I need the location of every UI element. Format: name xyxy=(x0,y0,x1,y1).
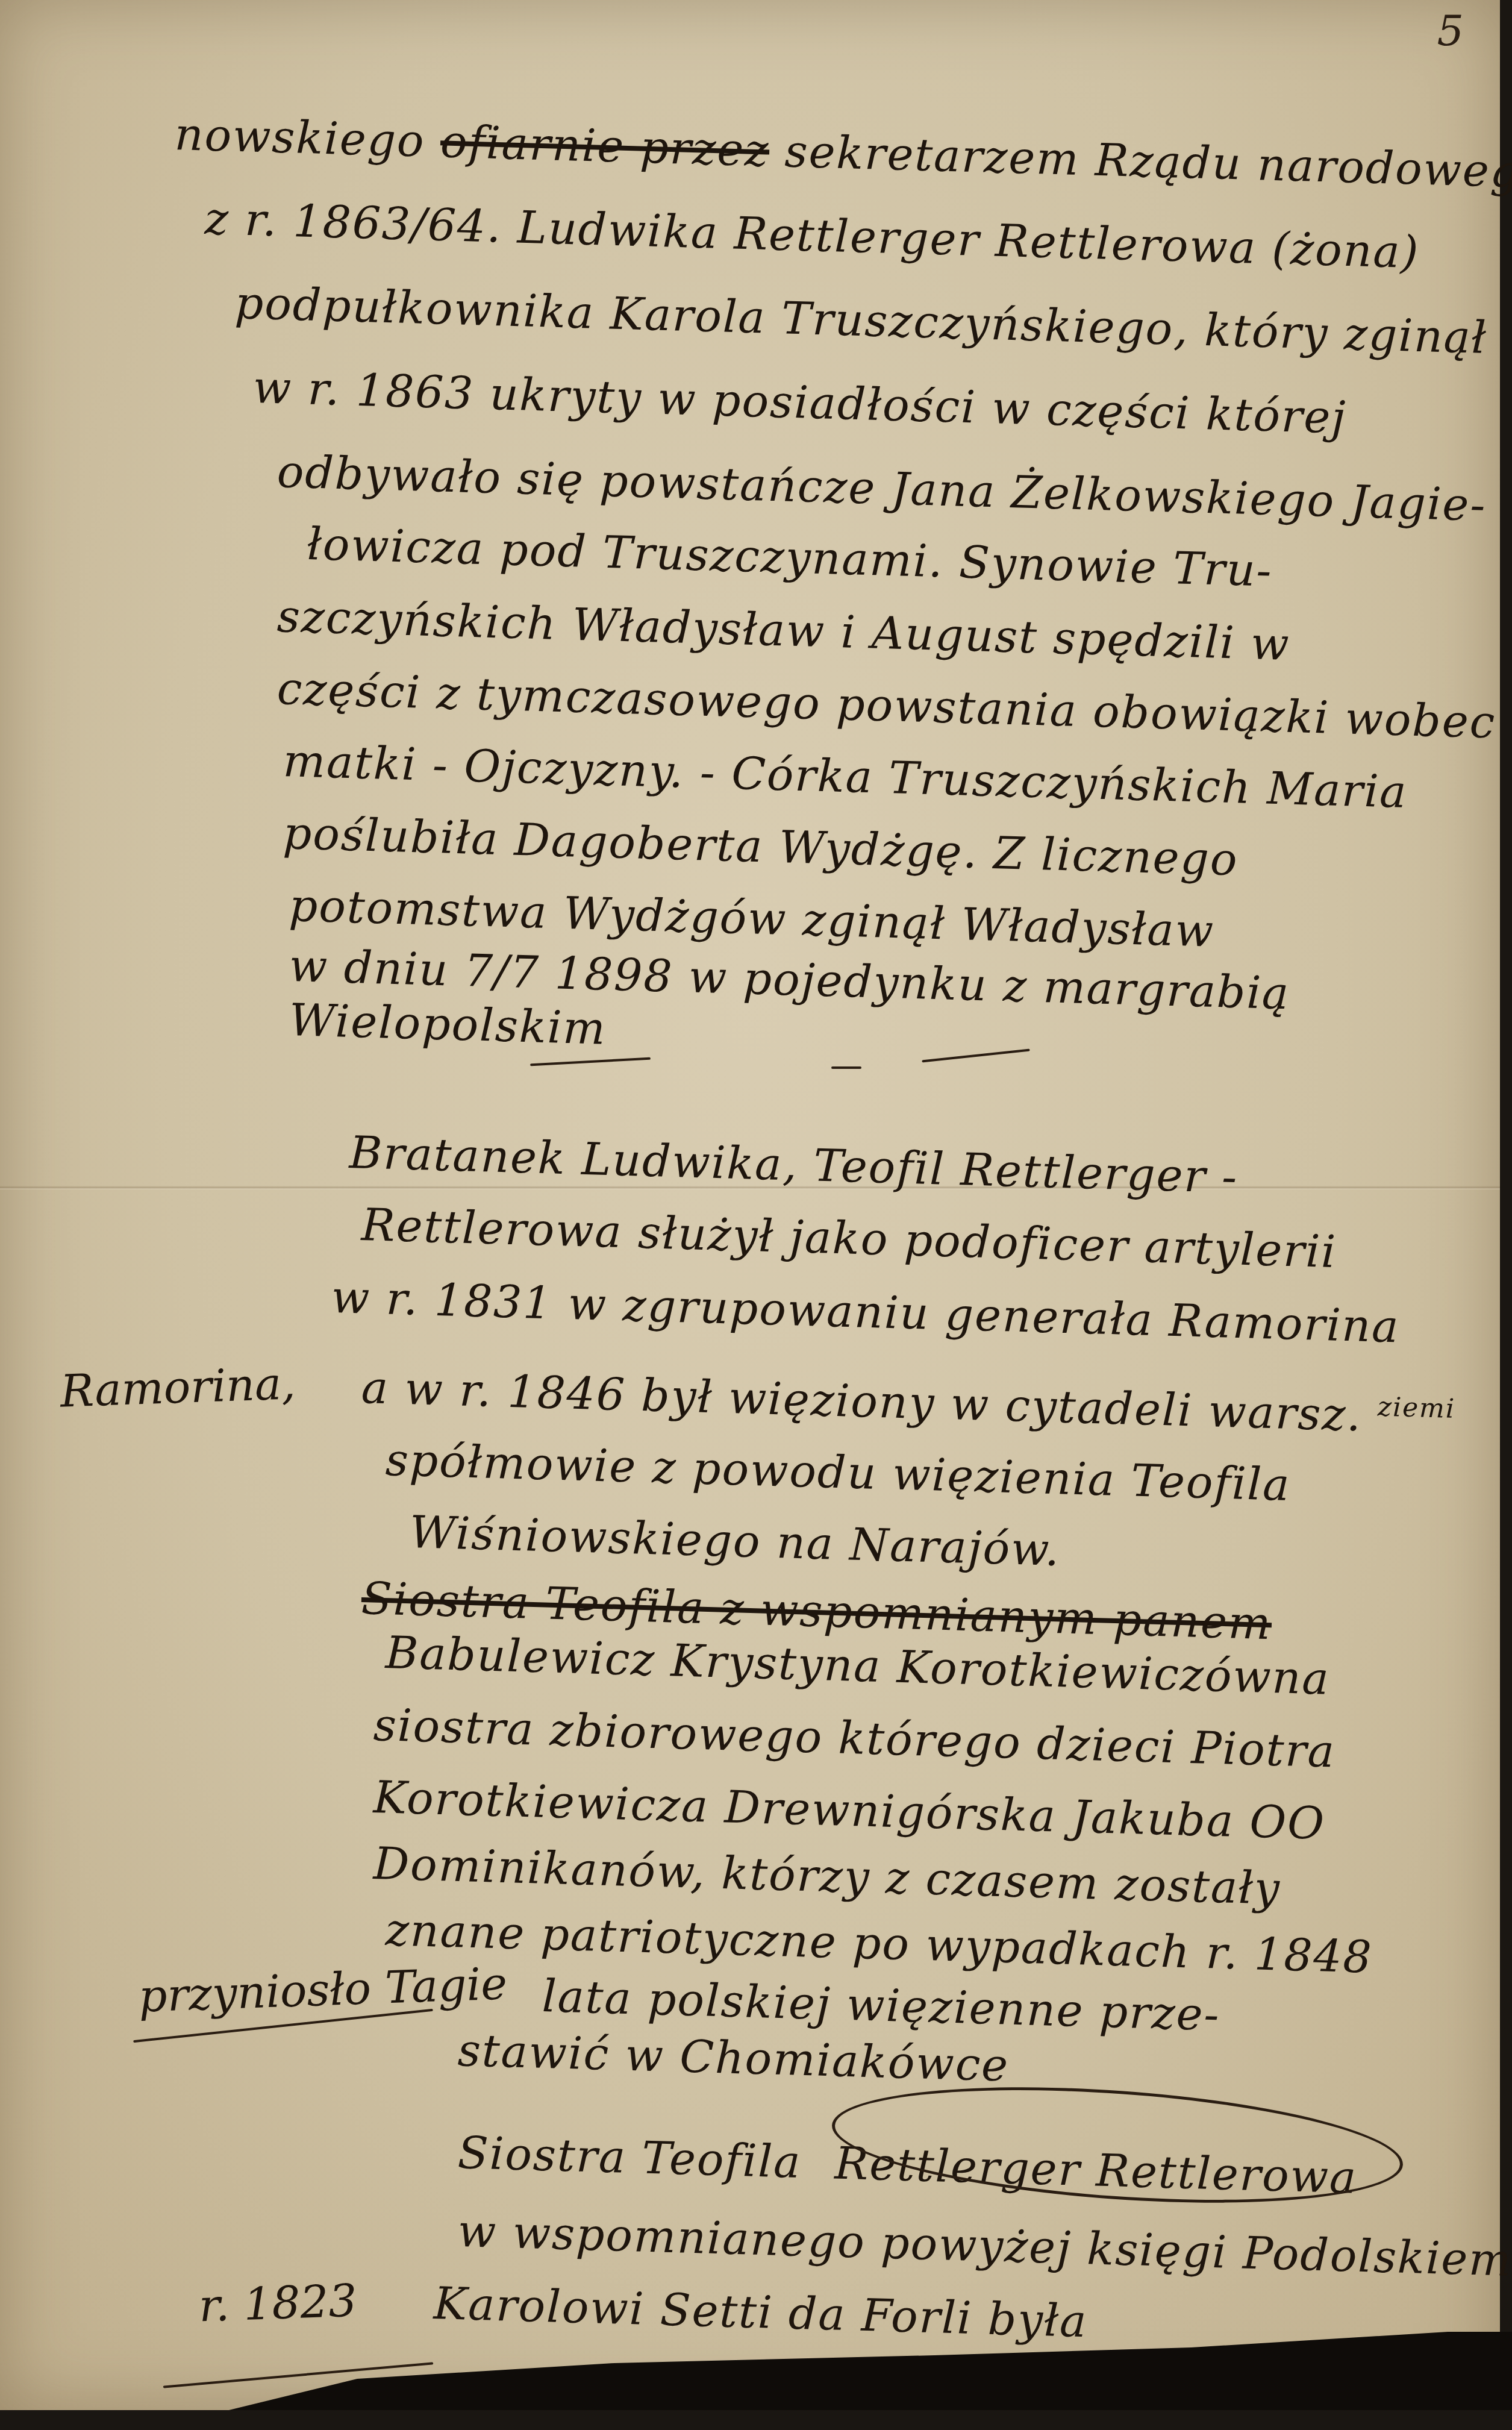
section-divider xyxy=(831,1066,861,1069)
handwritten-line: Rettlerowa służył jako podoficer artyler… xyxy=(361,1199,1337,1278)
handwritten-line: spółmowie z powodu więzienia Teofila xyxy=(385,1434,1292,1511)
handwritten-line: nowskiego ofiarnie przez sekretarzem Rzą… xyxy=(174,108,1512,199)
handwritten-line: Wielopolskim xyxy=(289,994,607,1055)
ink-circle xyxy=(828,2071,1407,2219)
section-divider xyxy=(530,1057,651,1066)
document-page: 5 nowskiego ofiarnie przez sekretarzem R… xyxy=(0,0,1500,2410)
handwritten-line: Karolowi Setti da Forli była xyxy=(433,2278,1089,2347)
handwritten-line: łowicza pod Truszczynami. Synowie Tru- xyxy=(307,518,1273,597)
handwritten-line: Korotkiewicza Drewnigórska Jakuba OO xyxy=(373,1771,1326,1850)
section-divider xyxy=(922,1049,1029,1063)
superscript-insert: ziemi xyxy=(1377,1391,1455,1424)
page-number: 5 xyxy=(1437,6,1464,55)
handwritten-line: a w r. 1846 był więziony w cytadeli wars… xyxy=(361,1362,1456,1444)
handwritten-line: Wiśniowskiego na Narajów. xyxy=(409,1506,1061,1576)
handwritten-line: znane patriotyczne po wypadkach r. 1848 xyxy=(385,1904,1373,1984)
handwritten-line: siostra zbiorowego którego dzieci Piotra xyxy=(373,1699,1336,1778)
handwritten-line: z r. 1863/64. Ludwika Rettlerger Rettler… xyxy=(204,193,1420,278)
handwritten-line: odbywało się powstańcze Jana Żelkowskieg… xyxy=(276,446,1487,531)
handwritten-line: Dominikanów, którzy z czasem zostały xyxy=(373,1838,1281,1915)
handwritten-line: w wspomnianego powyżej księgi Podolskiem… xyxy=(457,2205,1512,2287)
handwritten-line: stawić w Chomiakówce xyxy=(457,2024,1010,2092)
margin-note: Ramorina, xyxy=(60,1357,296,1418)
margin-note: r. 1823 xyxy=(198,2275,358,2332)
handwritten-line: matki - Ojczyzny. - Córka Truszczyńskich… xyxy=(283,735,1408,818)
handwritten-line: poślubiła Dagoberta Wydżgę. Z licznego xyxy=(283,807,1239,886)
margin-note: przyniosło Tagie xyxy=(138,1958,508,2022)
handwritten-line: szczyńskich Władysław i August spędzili … xyxy=(276,590,1291,671)
handwritten-line: części z tymczasowego powstania obowiązk… xyxy=(276,663,1497,748)
struck-text: ofiarnie przez xyxy=(440,116,770,177)
handwritten-line: w r. 1831 w zgrupowaniu generała Ramorin… xyxy=(331,1271,1401,1353)
handwritten-line: Bratanek Ludwika, Teofil Rettlerger - xyxy=(349,1127,1239,1203)
handwritten-line: podpułkownika Karola Truszczyńskiego, kt… xyxy=(234,277,1488,364)
handwritten-line: w r. 1863 ukryty w posiadłości w części … xyxy=(252,362,1347,444)
torn-edge xyxy=(229,2332,1512,2410)
